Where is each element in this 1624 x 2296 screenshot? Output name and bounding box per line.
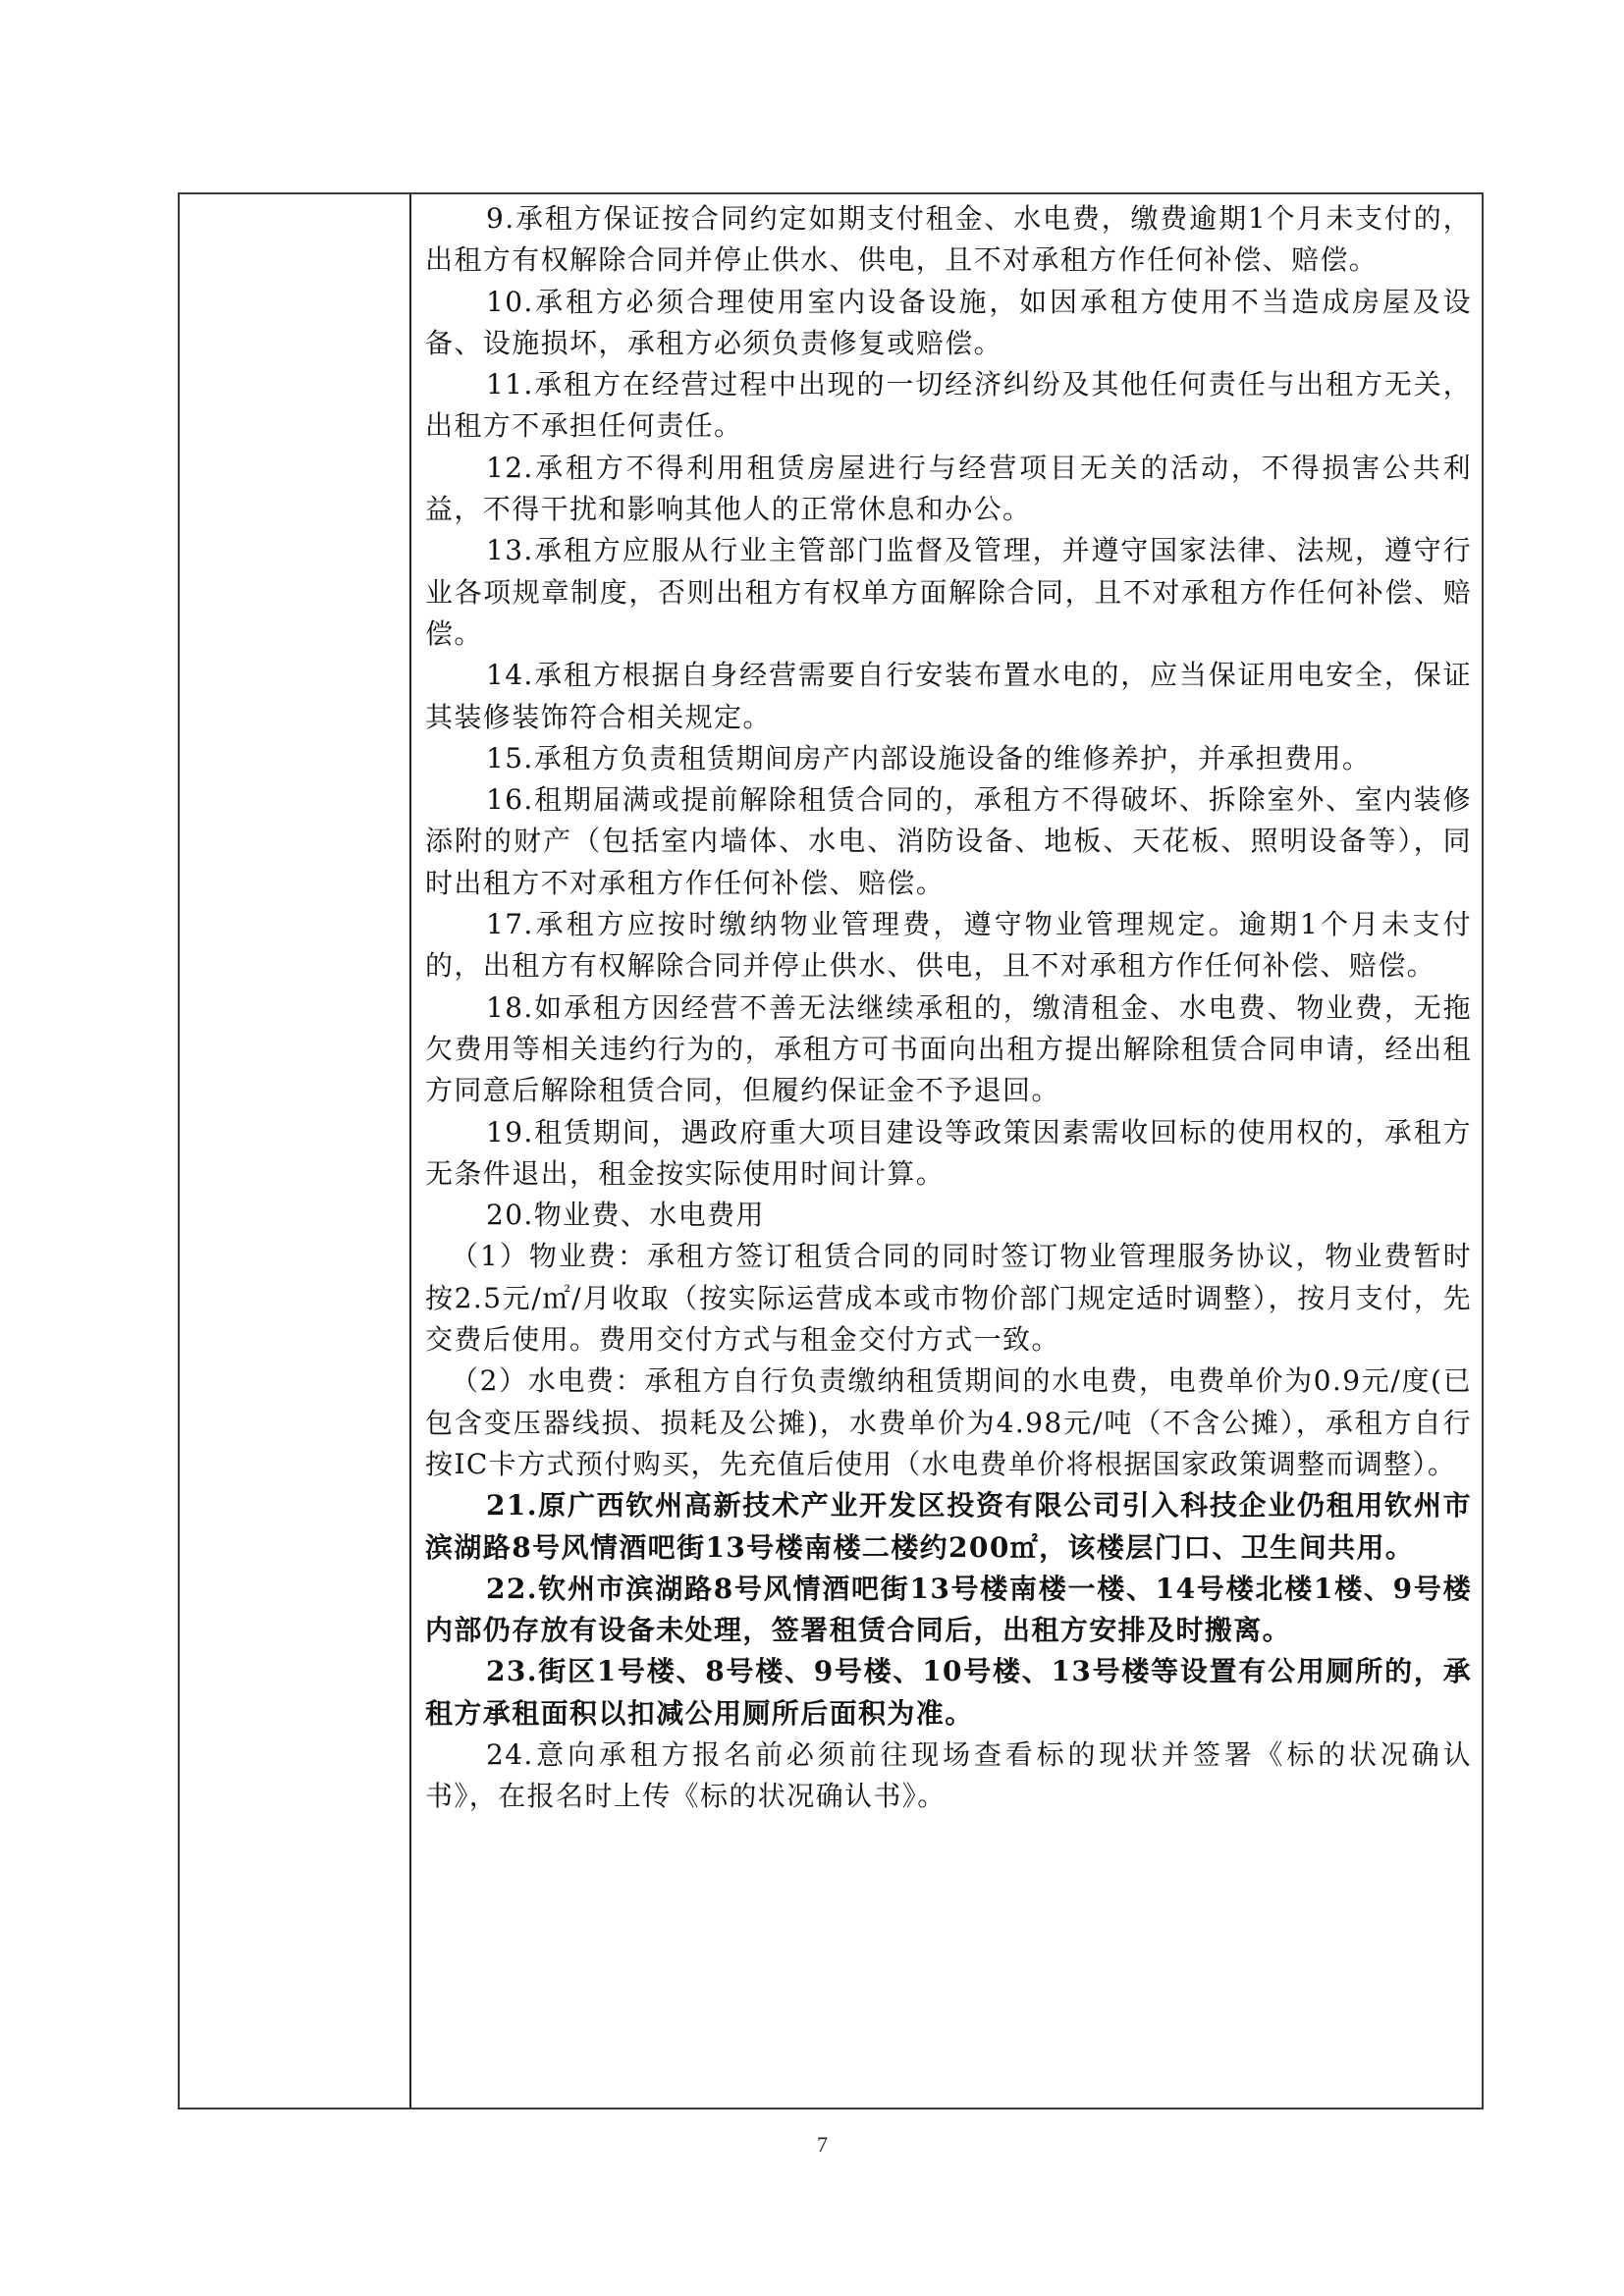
clause-23: 23.街区1号楼、8号楼、9号楼、10号楼、13号楼等设置有公用厕所的，承租方承… [425,1651,1472,1735]
clause-12: 12.承租方不得利用租赁房屋进行与经营项目无关的活动，不得损害公共利益，不得干扰… [425,448,1472,531]
clause-19: 19.租赁期间，遇政府重大项目建设等政策因素需收回标的使用权的，承租方无条件退出… [425,1112,1472,1196]
table-label-cell [180,194,411,2108]
clause-18: 18.如承租方因经营不善无法继续承租的，缴清租金、水电费、物业费，无拖欠费用等相… [425,988,1472,1112]
page-number: 7 [817,2132,828,2158]
clause-15: 15.承租方负责租赁期间房产内部设施设备的维修养护，并承担费用。 [425,738,1472,779]
clause-13: 13.承租方应服从行业主管部门监督及管理，并遵守国家法律、法规，遵守行业各项规章… [425,530,1472,655]
clause-20-property-fee: （1）物业费：承租方签订租赁合同的同时签订物业管理服务协议，物业费暂时按2.5元… [425,1236,1472,1361]
clause-22: 22.钦州市滨湖路8号风情酒吧街13号楼南楼一楼、14号楼北楼1楼、9号楼内部仍… [425,1569,1472,1652]
table-content-cell: 9.承租方保证按合同约定如期支付租金、水电费，缴费逾期1个月未支付的，出租方有权… [411,194,1482,2108]
clause-16: 16.租期届满或提前解除租赁合同的，承租方不得破坏、拆除室外、室内装修添附的财产… [425,779,1472,904]
document-page: 9.承租方保证按合同约定如期支付租金、水电费，缴费逾期1个月未支付的，出租方有权… [0,0,1624,2296]
clause-21: 21.原广西钦州高新技术产业开发区投资有限公司引入科技企业仍租用钦州市滨湖路8号… [425,1485,1472,1569]
clause-9: 9.承租方保证按合同约定如期支付租金、水电费，缴费逾期1个月未支付的，出租方有权… [425,198,1472,282]
clause-10: 10.承租方必须合理使用室内设备设施，如因承租方使用不当造成房屋及设备、设施损坏… [425,282,1472,365]
terms-table: 9.承租方保证按合同约定如期支付租金、水电费，缴费逾期1个月未支付的，出租方有权… [178,192,1484,2109]
clause-11: 11.承租方在经营过程中出现的一切经济纠纷及其他任何责任与出租方无关，出租方不承… [425,364,1472,448]
clause-14: 14.承租方根据自身经营需要自行安装布置水电的，应当保证用电安全，保证其装修装饰… [425,655,1472,738]
clause-20-heading: 20.物业费、水电费用 [425,1195,1472,1236]
clause-24: 24.意向承租方报名前必须前往现场查看标的现状并签署《标的状况确认书》，在报名时… [425,1735,1472,1818]
clause-17: 17.承租方应按时缴纳物业管理费，遵守物业管理规定。逾期1个月未支付的，出租方有… [425,904,1472,988]
clause-20-utilities-fee: （2）水电费：承租方自行负责缴纳租赁期间的水电费，电费单价为0.9元/度(已包含… [425,1361,1472,1485]
